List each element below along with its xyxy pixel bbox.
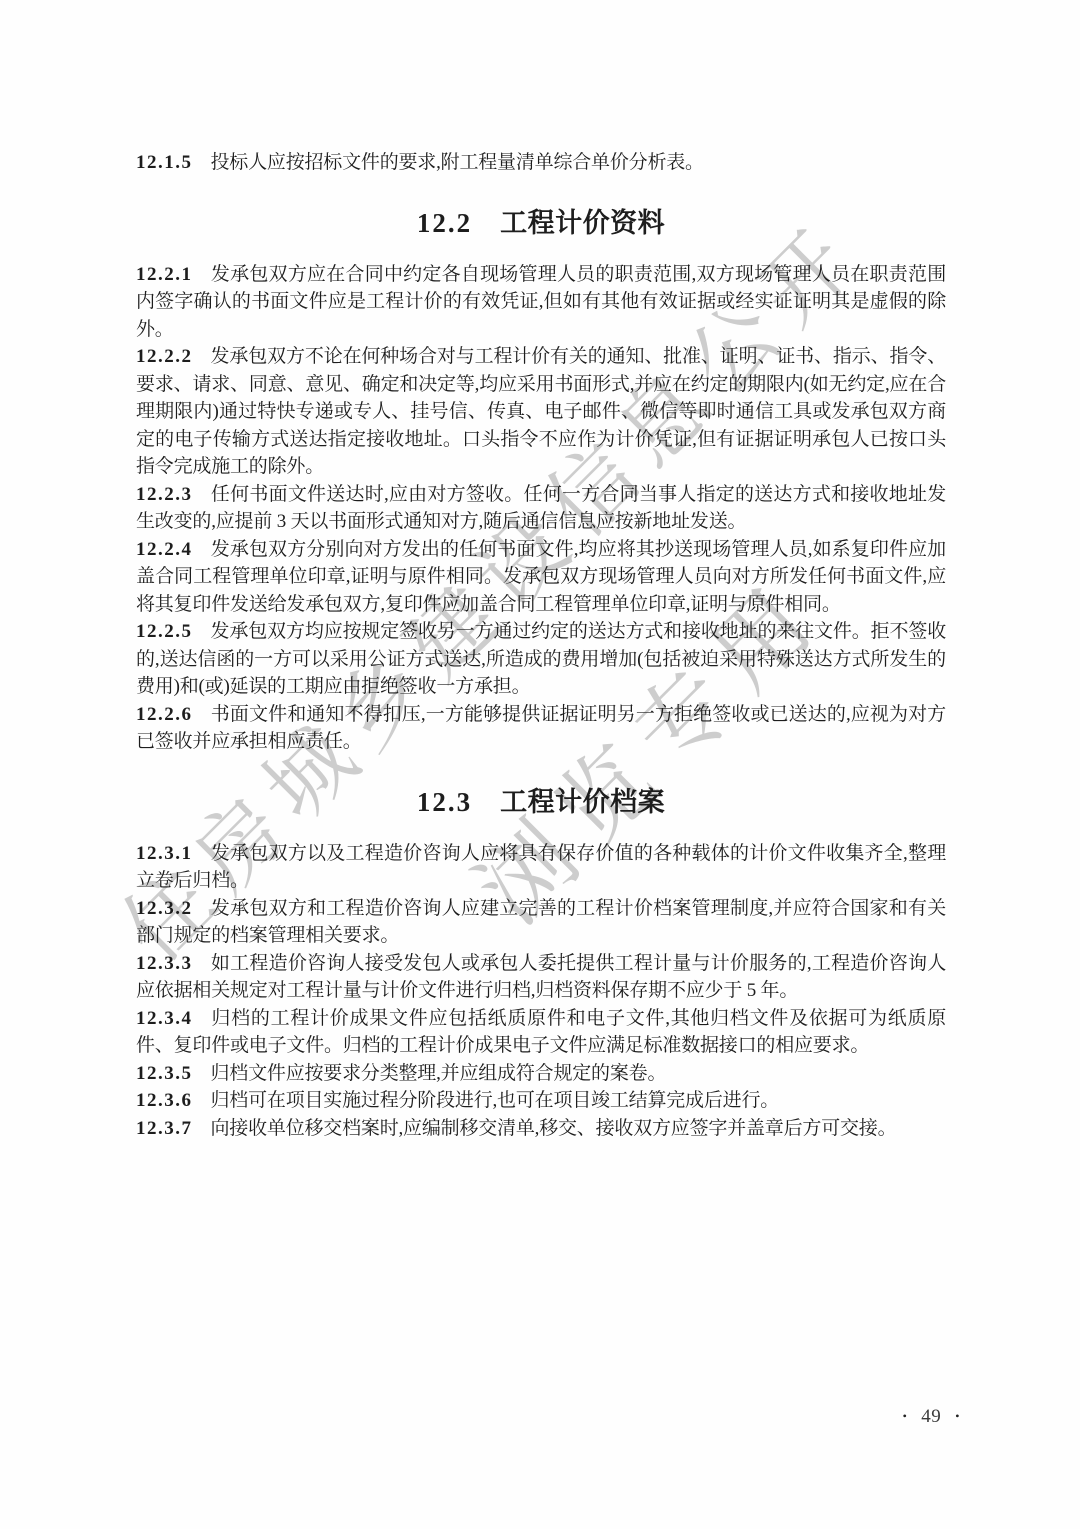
section-title: 工程计价档案	[500, 787, 665, 817]
clause-text: 归档的工程计价成果文件应包括纸质原件和电子文件,其他归档文件及依据可为纸质原件、…	[136, 1008, 946, 1057]
document-page: 住房城乡建设信息公开 浏览专用 12.1.5投标人应按招标文件的要求,附工程量清…	[0, 0, 1080, 1529]
section-heading-12-2: 12.2工程计价资料	[136, 206, 946, 240]
clause-text: 投标人应按招标文件的要求,附工程量清单综合单价分析表。	[211, 152, 704, 173]
clause-text: 书面文件和通知不得扣压,一方能够提供证据证明另一方拒绝签收或已送达的,应视为对方…	[136, 704, 946, 753]
clause-12-3-2: 12.3.2发承包双方和工程造价咨询人应建立完善的工程计价档案管理制度,并应符合…	[136, 895, 946, 950]
page-footer: •49•	[903, 1406, 960, 1428]
clause-text: 归档文件应按要求分类整理,并应组成符合规定的案卷。	[211, 1063, 667, 1084]
clause-12-2-2: 12.2.2发承包双方不论在何种场合对与工程计价有关的通知、批准、证明、证书、指…	[136, 343, 946, 481]
clause-12-2-6: 12.2.6书面文件和通知不得扣压,一方能够提供证据证明另一方拒绝签收或已送达的…	[136, 701, 946, 756]
clause-number: 12.1.5	[136, 152, 193, 173]
clause-number: 12.2.5	[136, 621, 193, 642]
clause-number: 12.3.3	[136, 953, 193, 974]
clause-number: 12.3.4	[136, 1008, 193, 1029]
clause-number: 12.3.5	[136, 1063, 193, 1084]
page-number: 49	[921, 1406, 941, 1427]
clause-12-2-3: 12.2.3任何书面文件送达时,应由对方签收。任何一方合同当事人指定的送达方式和…	[136, 481, 946, 536]
footer-dot-left: •	[903, 1409, 908, 1423]
clause-number: 12.2.6	[136, 704, 193, 725]
clause-12-3-7: 12.3.7向接收单位移交档案时,应编制移交清单,移交、接收双方应签字并盖章后方…	[136, 1115, 946, 1143]
clause-number: 12.3.1	[136, 843, 193, 864]
clause-text: 发承包双方应在合同中约定各自现场管理人员的职责范围,双方现场管理人员在职责范围内…	[136, 264, 946, 340]
clause-number: 12.2.3	[136, 484, 193, 505]
clause-text: 发承包双方和工程造价咨询人应建立完善的工程计价档案管理制度,并应符合国家和有关部…	[136, 898, 946, 947]
clause-text: 发承包双方分别向对方发出的任何书面文件,均应将其抄送现场管理人员,如系复印件应加…	[136, 539, 946, 615]
clause-12-3-3: 12.3.3如工程造价咨询人接受发包人或承包人委托提供工程计量与计价服务的,工程…	[136, 950, 946, 1005]
clause-12-3-6: 12.3.6归档可在项目实施过程分阶段进行,也可在项目竣工结算完成后进行。	[136, 1087, 946, 1115]
clause-number: 12.2.2	[136, 346, 193, 367]
clause-12-3-1: 12.3.1发承包双方以及工程造价咨询人应将具有保存价值的各种载体的计价文件收集…	[136, 840, 946, 895]
clause-number: 12.3.2	[136, 898, 193, 919]
clause-12-3-4: 12.3.4归档的工程计价成果文件应包括纸质原件和电子文件,其他归档文件及依据可…	[136, 1005, 946, 1060]
clause-text: 发承包双方不论在何种场合对与工程计价有关的通知、批准、证明、证书、指示、指令、要…	[136, 346, 946, 477]
clause-number: 12.3.6	[136, 1090, 193, 1111]
clause-text: 任何书面文件送达时,应由对方签收。任何一方合同当事人指定的送达方式和接收地址发生…	[136, 484, 946, 533]
clause-12-2-4: 12.2.4发承包双方分别向对方发出的任何书面文件,均应将其抄送现场管理人员,如…	[136, 536, 946, 619]
clause-text: 归档可在项目实施过程分阶段进行,也可在项目竣工结算完成后进行。	[211, 1090, 780, 1111]
section-heading-12-3: 12.3工程计价档案	[136, 785, 946, 819]
clause-number: 12.2.4	[136, 539, 193, 560]
clause-text: 发承包双方均应按规定签收另一方通过约定的送达方式和接收地址的来往文件。拒不签收的…	[136, 621, 946, 697]
clause-12-1-5: 12.1.5投标人应按招标文件的要求,附工程量清单综合单价分析表。	[136, 149, 946, 177]
clause-number: 12.2.1	[136, 264, 193, 285]
section-number: 12.2	[417, 208, 472, 238]
page-content: 12.1.5投标人应按招标文件的要求,附工程量清单综合单价分析表。 12.2工程…	[136, 149, 946, 1142]
clause-12-3-5: 12.3.5归档文件应按要求分类整理,并应组成符合规定的案卷。	[136, 1060, 946, 1088]
section-number: 12.3	[417, 787, 472, 817]
clause-text: 发承包双方以及工程造价咨询人应将具有保存价值的各种载体的计价文件收集齐全,整理立…	[136, 843, 946, 892]
footer-dot-right: •	[955, 1409, 960, 1423]
clause-text: 向接收单位移交档案时,应编制移交清单,移交、接收双方应签字并盖章后方可交接。	[211, 1118, 897, 1139]
clause-12-2-1: 12.2.1发承包双方应在合同中约定各自现场管理人员的职责范围,双方现场管理人员…	[136, 261, 946, 344]
section-title: 工程计价资料	[500, 208, 665, 238]
clause-text: 如工程造价咨询人接受发包人或承包人委托提供工程计量与计价服务的,工程造价咨询人应…	[136, 953, 946, 1002]
clause-number: 12.3.7	[136, 1118, 193, 1139]
clause-12-2-5: 12.2.5发承包双方均应按规定签收另一方通过约定的送达方式和接收地址的来往文件…	[136, 618, 946, 701]
